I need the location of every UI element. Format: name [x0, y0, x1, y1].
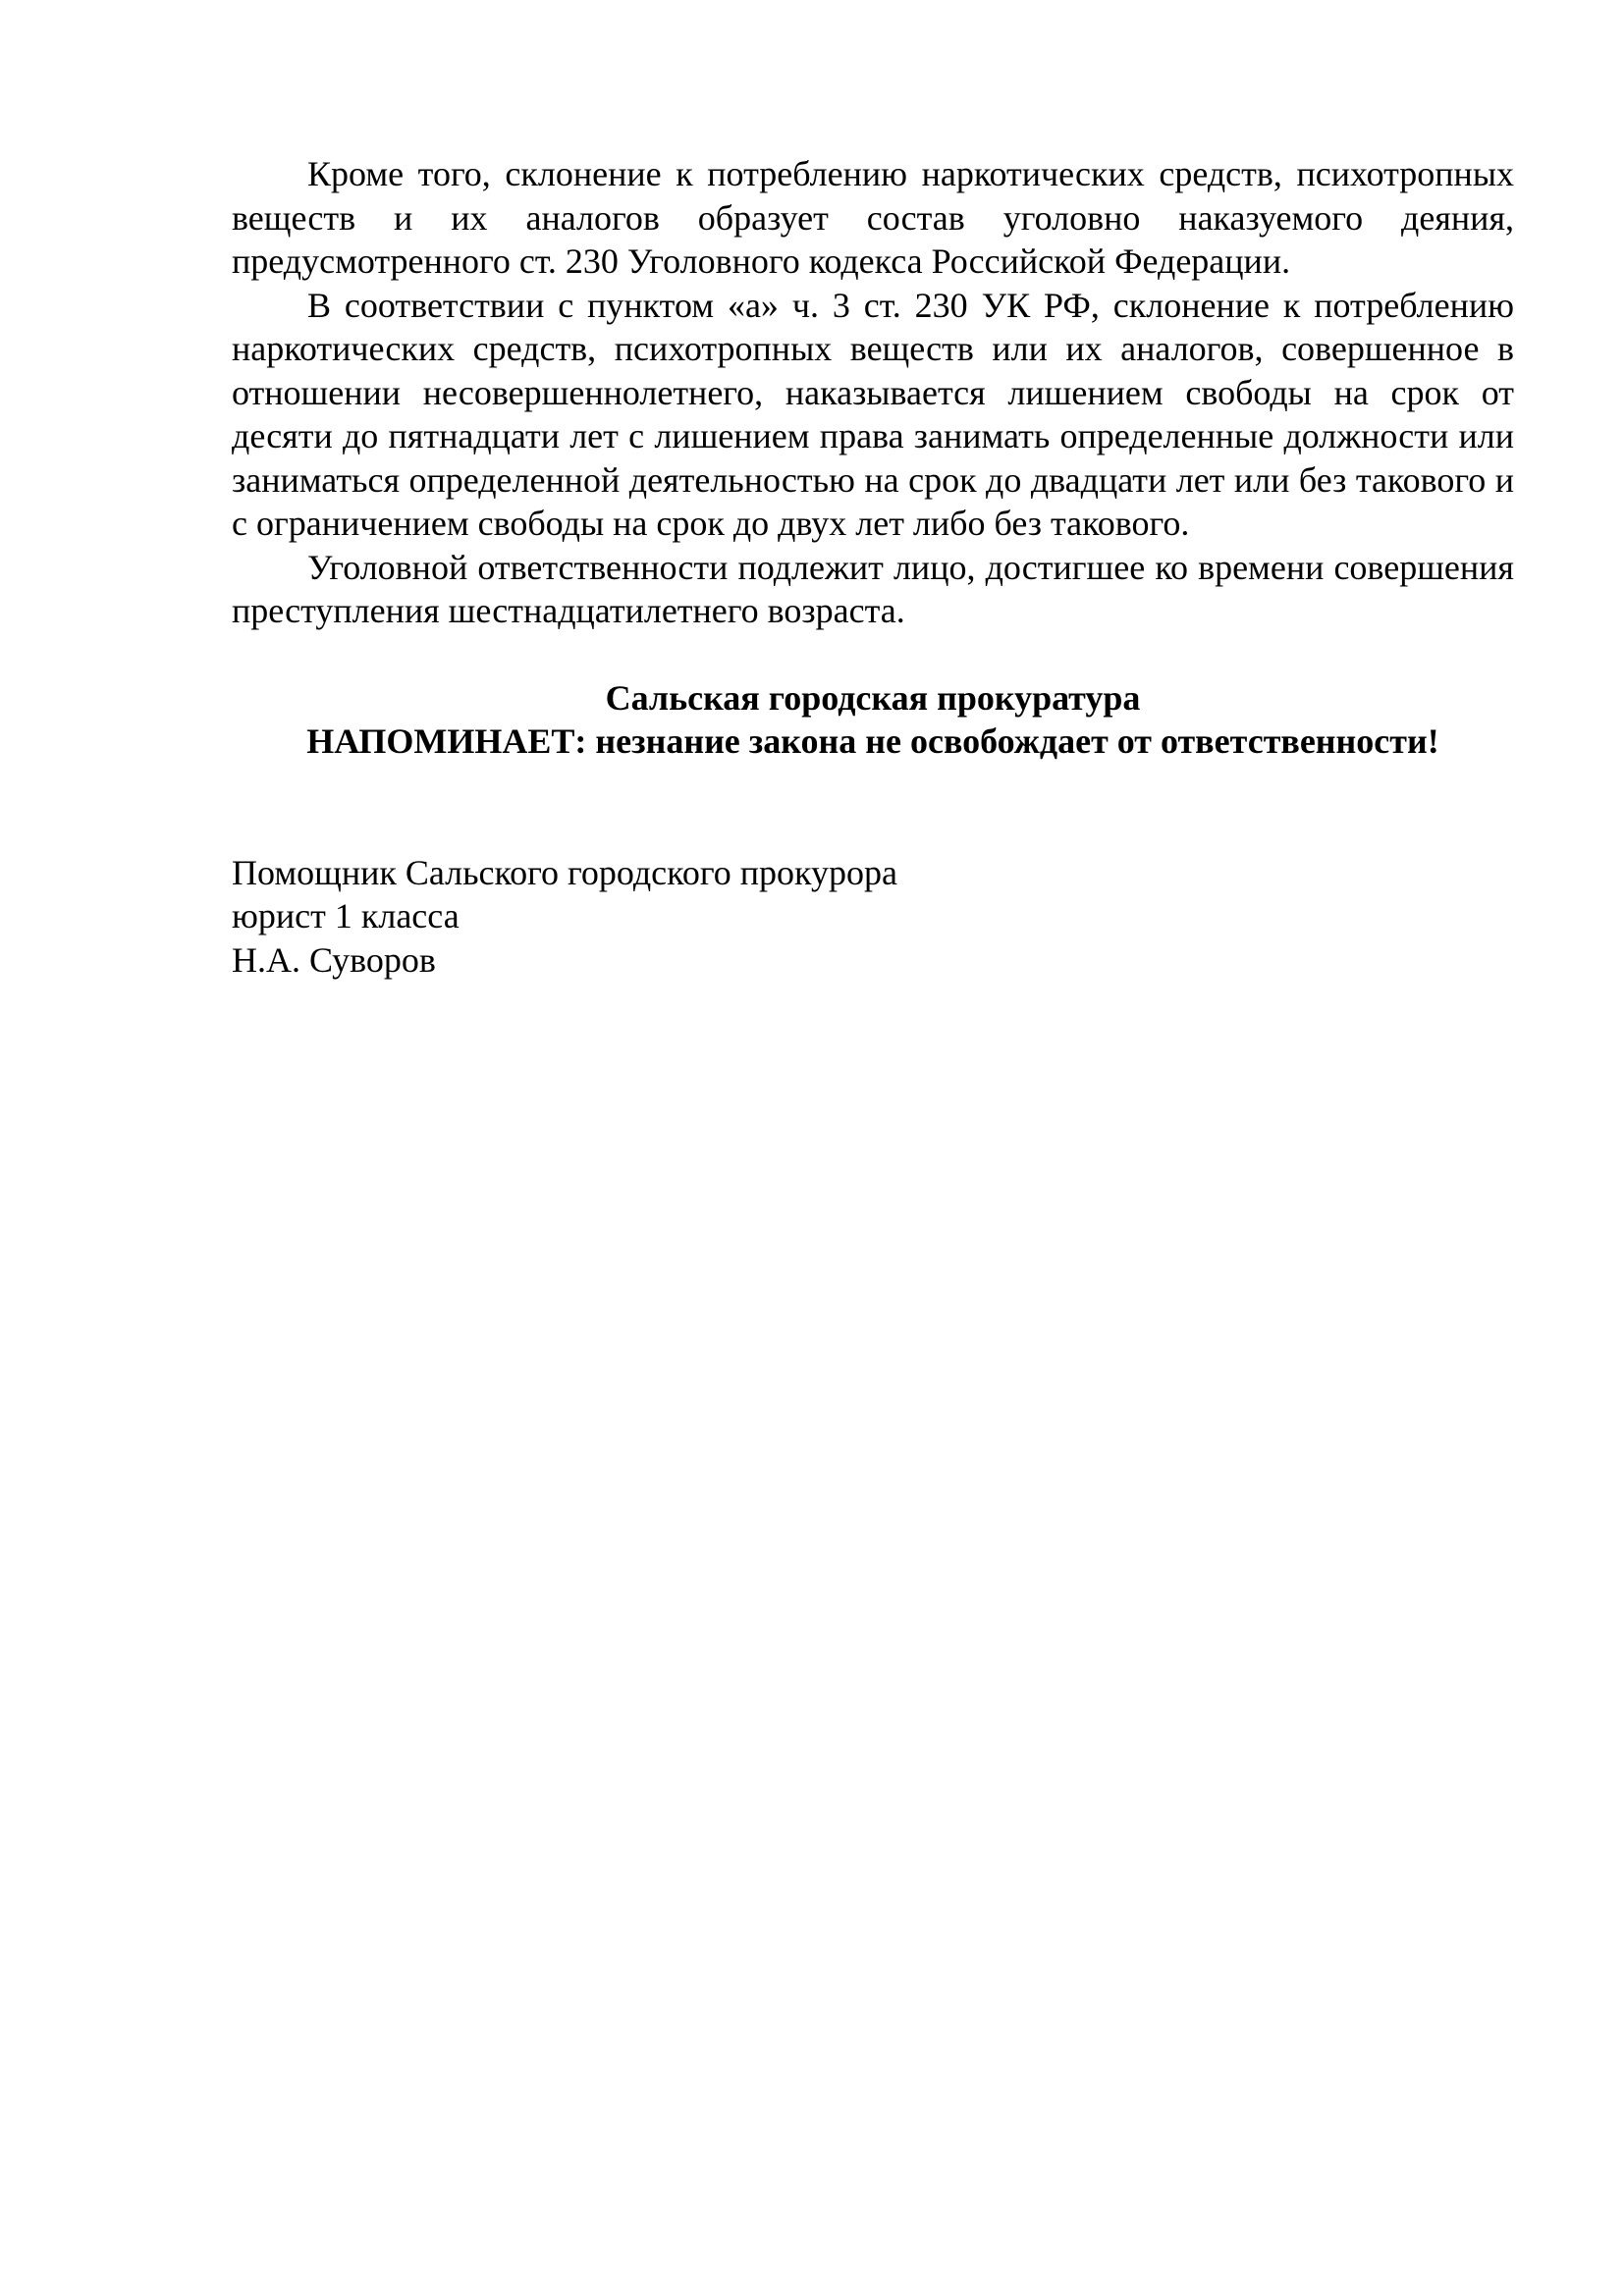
signature-block: Помощник Сальского городского прокурора … [232, 851, 1514, 983]
spacer [232, 633, 1514, 676]
signature-rank: юрист 1 класса [232, 894, 1514, 938]
prosecutor-notice: Сальская городская прокуратура НАПОМИНАЕ… [232, 676, 1514, 764]
notice-reminder: НАПОМИНАЕТ: незнание закона не освобожда… [232, 720, 1514, 764]
paragraph-criminal-liability-age: Уголовной ответственности подлежит лицо,… [232, 546, 1514, 633]
signature-position: Помощник Сальского городского прокурора [232, 851, 1514, 895]
signature-name: Н.А. Суворов [232, 938, 1514, 983]
document-page: Кроме того, склонение к потреблению нарк… [232, 152, 1514, 982]
notice-office-name: Сальская городская прокуратура [232, 676, 1514, 721]
paragraph-article-230-punishment: В соответствии с пунктом «а» ч. 3 ст. 23… [232, 284, 1514, 546]
spacer [232, 764, 1514, 851]
paragraph-inducement-crime: Кроме того, склонение к потреблению нарк… [232, 152, 1514, 284]
